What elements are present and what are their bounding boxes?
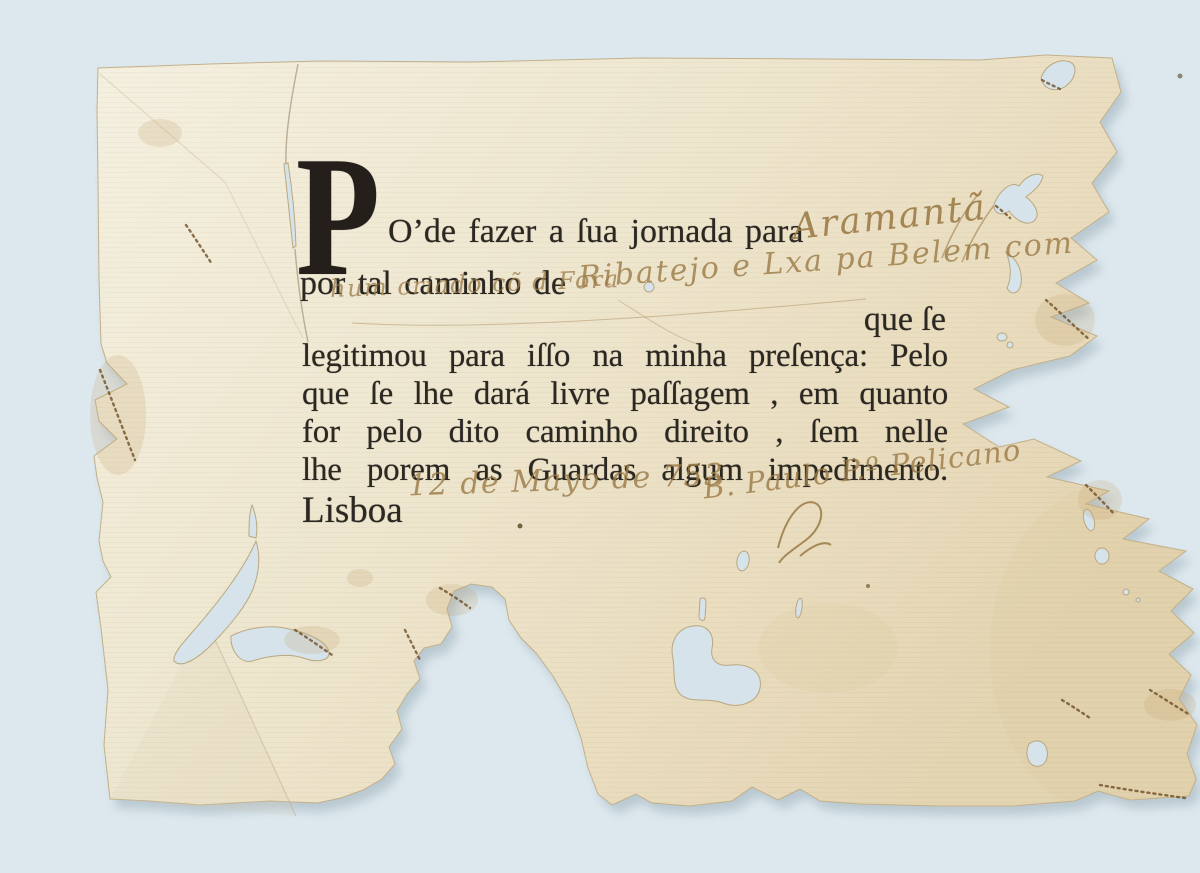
document-photograph: P O’de fazer a ſua jornada para por tal … xyxy=(0,0,1200,873)
printed-line-lisboa: Lisboa xyxy=(302,492,403,529)
printed-line-jornada: O’de fazer a ſua jornada para xyxy=(388,215,803,249)
printed-line-direito: for pelo dito caminho direito , ſem nell… xyxy=(302,416,948,454)
printed-line-passagem: que ſe lhe dará livre paſſagem , em quan… xyxy=(302,378,948,416)
printed-line-legitimou: legitimou para iſſo na minha preſença: P… xyxy=(302,340,948,378)
printed-line-que-se: que ſe xyxy=(302,303,946,337)
